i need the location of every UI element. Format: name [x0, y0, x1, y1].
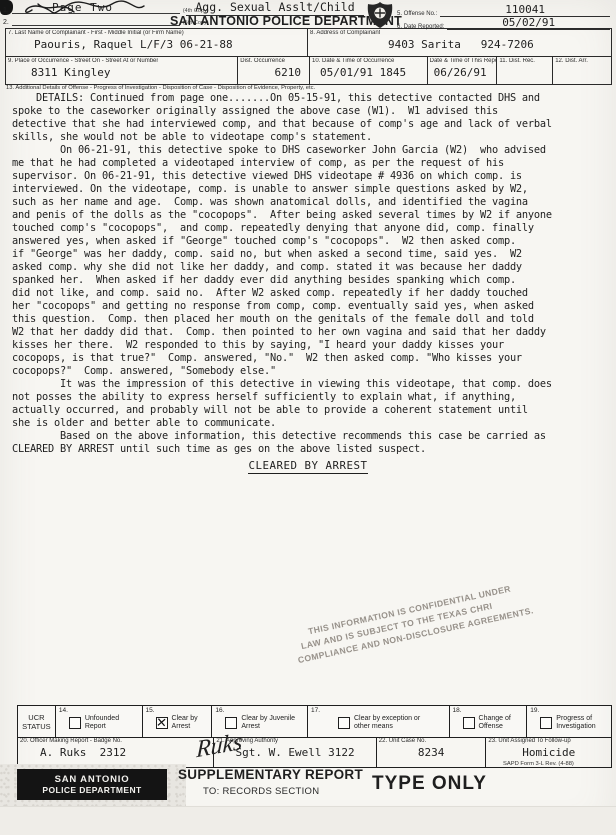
- checkbox-label: Clear by Juvenile Arrest: [241, 715, 299, 730]
- field-label: 8. Address of Complainant: [310, 30, 380, 37]
- details-field-label: 13. Additional Details of Offense - Prog…: [6, 85, 315, 91]
- unit-case-number-value: 8234: [377, 746, 486, 759]
- district-rec-cell: 11. Dist. Rec.: [497, 57, 553, 84]
- complainant-name-value: Paouris, Raquel L/F/3 06-21-88: [34, 38, 233, 51]
- place-of-occurrence-value: 8311 Kingley: [31, 66, 110, 79]
- field-label: 22. Unit Case No.: [379, 738, 426, 745]
- complainant-address-cell: 8. Address of Complainant 9403 Sarita 92…: [308, 29, 611, 56]
- offense-number-value: 110041: [440, 3, 610, 17]
- checkbox-clear-by-exception: [338, 717, 350, 729]
- field-label: 10. Date & Time of Occurrence: [312, 58, 394, 65]
- case-disposition-heading: CLEARED BY ARREST: [0, 459, 616, 472]
- type-only-instruction: TYPE ONLY: [372, 773, 487, 795]
- handwritten-squiggle: [18, 0, 148, 20]
- form-number: SAPD Form 3-L Rev. (4-88): [503, 761, 574, 767]
- scan-bottom-edge: [0, 806, 616, 835]
- checkbox-label: Clear by Arrest: [172, 715, 208, 730]
- sapd-badge-icon: [366, 1, 394, 29]
- complainant-row: 7. Last Name of Complainant - First - Mi…: [6, 29, 611, 57]
- field-label: Date & Time of This Report: [430, 58, 498, 65]
- checkbox-label: Progress of Investigation: [556, 715, 608, 730]
- checkbox-label: Clear by exception or other means: [354, 715, 430, 730]
- field-number: 17.: [311, 707, 320, 714]
- offense-number-field: 5. Offense No.: 110041: [397, 3, 610, 17]
- field-label: 20. Officer Making Report - Badge No.: [20, 738, 122, 745]
- checkbox-clear-by-arrest: [156, 717, 168, 729]
- field-label: 11. Dist. Rec.: [499, 58, 535, 65]
- confidentiality-stamp: THIS INFORMATION IS CONFIDENTIAL UNDER L…: [291, 564, 604, 667]
- district-occurrence-value: 6210: [275, 66, 302, 79]
- routing-line: TO: RECORDS SECTION: [203, 786, 319, 797]
- ucr-cell-clear-by-arrest: 15. Clear by Arrest: [143, 706, 213, 737]
- checkbox-change-of-offense: [463, 717, 475, 729]
- occurrence-row: 9. Place of Occurrence - Street On - Str…: [6, 57, 611, 85]
- field-label: 7. Last Name of Complainant - First - Mi…: [8, 30, 184, 37]
- ucr-cell-unfounded: 14. Unfounded Report: [56, 706, 143, 737]
- ucr-cell-progress-of-investigation: 19. Progress of Investigation: [527, 706, 611, 737]
- field-label: 9. Place of Occurrence - Street On - Str…: [8, 58, 158, 65]
- unit-assigned-followup-value: Homicide: [486, 746, 611, 759]
- occurrence-datetime-value: 05/01/91 1845: [320, 66, 406, 79]
- ucr-status-header: UCR STATUS: [18, 706, 56, 737]
- checkbox-progress-of-investigation: [540, 717, 552, 729]
- field-number: 18.: [453, 707, 462, 714]
- district-arr-cell: 12. Dist. Arr.: [553, 57, 611, 84]
- complainant-address-value: 9403 Sarita 924-7206: [388, 38, 534, 51]
- field-number: 19.: [530, 707, 539, 714]
- place-of-occurrence-cell: 9. Place of Occurrence - Street On - Str…: [6, 57, 238, 84]
- dept-box-line1: SAN ANTONIO: [55, 774, 130, 785]
- copy-line-number: 2.: [3, 19, 9, 26]
- narrative-body: DETAILS: Continued from page one.......O…: [12, 92, 610, 456]
- checkbox-clear-by-juvenile-arrest: [225, 717, 237, 729]
- field-label: Dist. Occurrence: [240, 58, 285, 65]
- field-number: 14.: [59, 707, 68, 714]
- checkbox-label: Unfounded Report: [85, 715, 129, 730]
- occurrence-datetime-cell: 10. Date & Time of Occurrence 05/01/91 1…: [310, 57, 428, 84]
- ucr-cell-change-of-offense: 18. Change of Offense: [450, 706, 528, 737]
- checkbox-label: Change of Offense: [479, 715, 521, 730]
- scanned-police-report-page: 1. (4th Copy) 2. (5th Copy) Page Two Agg…: [0, 0, 616, 835]
- department-logo-box: SAN ANTONIO POLICE DEPARTMENT: [17, 769, 167, 800]
- field-label: 12. Dist. Arr.: [555, 58, 588, 65]
- report-datetime-value: 06/26/91: [434, 66, 487, 79]
- district-occurrence-cell: Dist. Occurrence 6210: [238, 57, 310, 84]
- officer-making-report-cell: 20. Officer Making Report - Badge No. A.…: [18, 737, 214, 767]
- dept-box-line2: POLICE DEPARTMENT: [42, 785, 141, 795]
- copy-line-number: 1.: [3, 7, 9, 14]
- field-label: 23. Unit Assigned To Follow-up: [488, 738, 570, 745]
- ucr-status-row: UCR STATUS 14. Unfounded Report 15. Clea…: [17, 705, 612, 738]
- stamp-line: LAW AND IS SUBJECT TO THE TEXAS CHRI: [294, 577, 602, 655]
- report-type-title: SUPPLEMENTARY REPORT: [178, 767, 363, 782]
- header-form-table: 7. Last Name of Complainant - First - Mi…: [5, 28, 612, 85]
- unit-case-number-cell: 22. Unit Case No. 8234: [377, 737, 487, 767]
- complainant-name-cell: 7. Last Name of Complainant - First - Mi…: [6, 29, 308, 56]
- ucr-cell-clear-by-exception: 17. Clear by exception or other means: [308, 706, 450, 737]
- field-number: 16.: [215, 707, 224, 714]
- checkbox-unfounded-report: [69, 717, 81, 729]
- field-number: 15.: [146, 707, 155, 714]
- report-datetime-cell: Date & Time of This Report 06/26/91: [428, 57, 498, 84]
